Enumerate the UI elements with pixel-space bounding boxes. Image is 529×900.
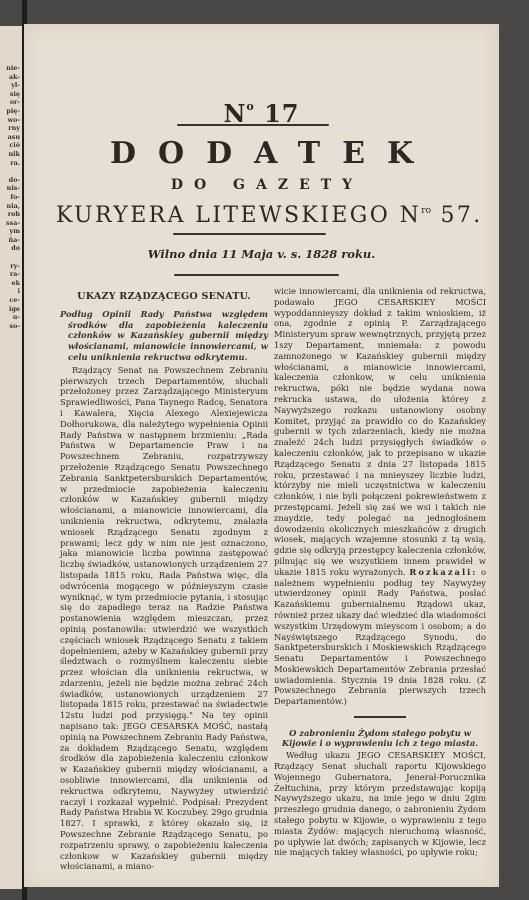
adjacent-page-text-fragments: nie-ak-yl-sięor-pię-wo-rnyasuciónikra.do…	[0, 26, 22, 330]
article-body-right-text: wicie innowiercami, dla uniknienia od re…	[274, 286, 486, 577]
adjacent-page-fragment: ra-	[0, 270, 22, 279]
adjacent-page-fragment: fo-	[0, 193, 22, 202]
masthead-title: DODATEK	[24, 136, 499, 171]
newspaper-name: KURYERA LITEWSKIEGO Nro 57.	[56, 203, 476, 228]
article-heading: UKAZY RZĄDZĄCEGO SENATU.	[60, 292, 268, 303]
adjacent-page-fragment: i	[0, 287, 22, 296]
article-body-right-text-2: o należnem wypełnieniu podług tey Naywyż…	[274, 567, 486, 707]
adjacent-page-fragment: u-	[0, 313, 22, 322]
adjacent-page-fragment: yl-	[0, 81, 22, 90]
adjacent-page-fragment: nia,	[0, 202, 22, 211]
issue-number: 57.	[440, 203, 482, 228]
adjacent-page-fragment: asu	[0, 133, 22, 142]
adjacent-page-fragment: nik	[0, 150, 22, 159]
column-right: wicie innowiercami, dla uniknienia od re…	[274, 286, 486, 858]
newspaper-name-text: KURYERA LITEWSKIEGO	[56, 203, 390, 228]
column-left: UKAZY RZĄDZĄCEGO SENATU. Podług Opinii R…	[60, 286, 268, 872]
adjacent-page-fragment: do-	[0, 176, 22, 185]
adjacent-page-fragment: ció	[0, 141, 22, 150]
issue-sup: ro	[421, 206, 431, 216]
adjacent-page-fragment: nie-	[0, 64, 22, 73]
adjacent-page-fragment: ige	[0, 305, 22, 314]
adjacent-page-fragment: ce-	[0, 296, 22, 305]
adjacent-page-fragment: ak-	[0, 73, 22, 82]
adjacent-page-fragment: się	[0, 90, 22, 99]
dateline: Wilno dnia 11 Maja v. s. 1828 roku.	[24, 247, 499, 261]
newspaper-page: No 17 DODATEK DO GAZETY KURYERA LITEWSKI…	[24, 24, 499, 887]
adjacent-page-fragment	[0, 253, 22, 262]
article-body-right: wicie innowiercami, dla uniknienia od re…	[274, 286, 486, 707]
adjacent-page-edge: nie-ak-yl-sięor-pię-wo-rnyasuciónikra.do…	[0, 26, 22, 889]
masthead-rule-middle	[173, 233, 326, 235]
masthead-rule-bottom	[174, 274, 339, 276]
issue-prefix: N	[400, 203, 422, 228]
adjacent-page-fragment: ña-	[0, 236, 22, 245]
adjacent-page-fragment: ym	[0, 227, 22, 236]
adjacent-page-fragment: roh	[0, 210, 22, 219]
adjacent-page-fragment: ry-	[0, 262, 22, 271]
masthead-rule-top	[177, 124, 329, 126]
article2-body: Według ukazu JEGO CESARSKIEY MOŚCI, Rząd…	[274, 750, 486, 858]
adjacent-page-fragment: do	[0, 244, 22, 253]
adjacent-page-fragment: so-	[0, 322, 22, 331]
adjacent-page-fragment: ssa-	[0, 219, 22, 228]
rozkazali-label: Rozkazali:	[409, 567, 477, 577]
adjacent-page-fragment: ra.	[0, 159, 22, 168]
adjacent-page-fragment: rny	[0, 124, 22, 133]
masthead-subtitle: DO GAZETY	[24, 177, 499, 193]
adjacent-page-fragment: wo-	[0, 116, 22, 125]
adjacent-page-fragment: or-	[0, 98, 22, 107]
section-divider	[354, 716, 406, 718]
article-summary: Podług Opinii Rady Państwa względem środ…	[60, 309, 268, 363]
adjacent-page-fragment	[0, 167, 22, 176]
article2-heading: O zabronieniu Żydom stałego pobytu w Kij…	[274, 728, 486, 750]
adjacent-page-fragment: pię-	[0, 107, 22, 116]
number-sup: o	[246, 100, 254, 113]
adjacent-page-fragment: ek	[0, 279, 22, 288]
adjacent-page-fragment: nis-	[0, 184, 22, 193]
article-body-left: Rządzący Senat na Powszechnem Zebraniu p…	[60, 365, 268, 872]
